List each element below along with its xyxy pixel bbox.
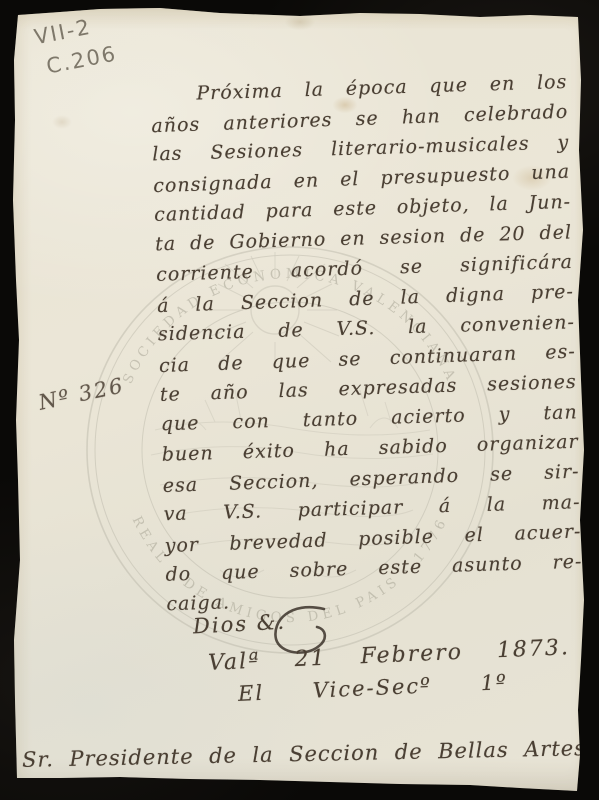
pencil-box-number: C.206 [44, 41, 119, 78]
signature-title: El Vice-Secº 1º [238, 670, 509, 706]
addressee-line: Sr. Presidente de la Seccion de Bellas A… [22, 736, 586, 772]
letter-body: Próxima la época que en los años anterio… [150, 67, 584, 620]
scanned-document: SOCIEDAD ECONOMICA VALENCIANA REAL · DE … [0, 0, 599, 800]
manuscript-page: SOCIEDAD ECONOMICA VALENCIANA REAL · DE … [0, 0, 599, 800]
pencil-shelfmark: VII-2 [32, 15, 93, 50]
